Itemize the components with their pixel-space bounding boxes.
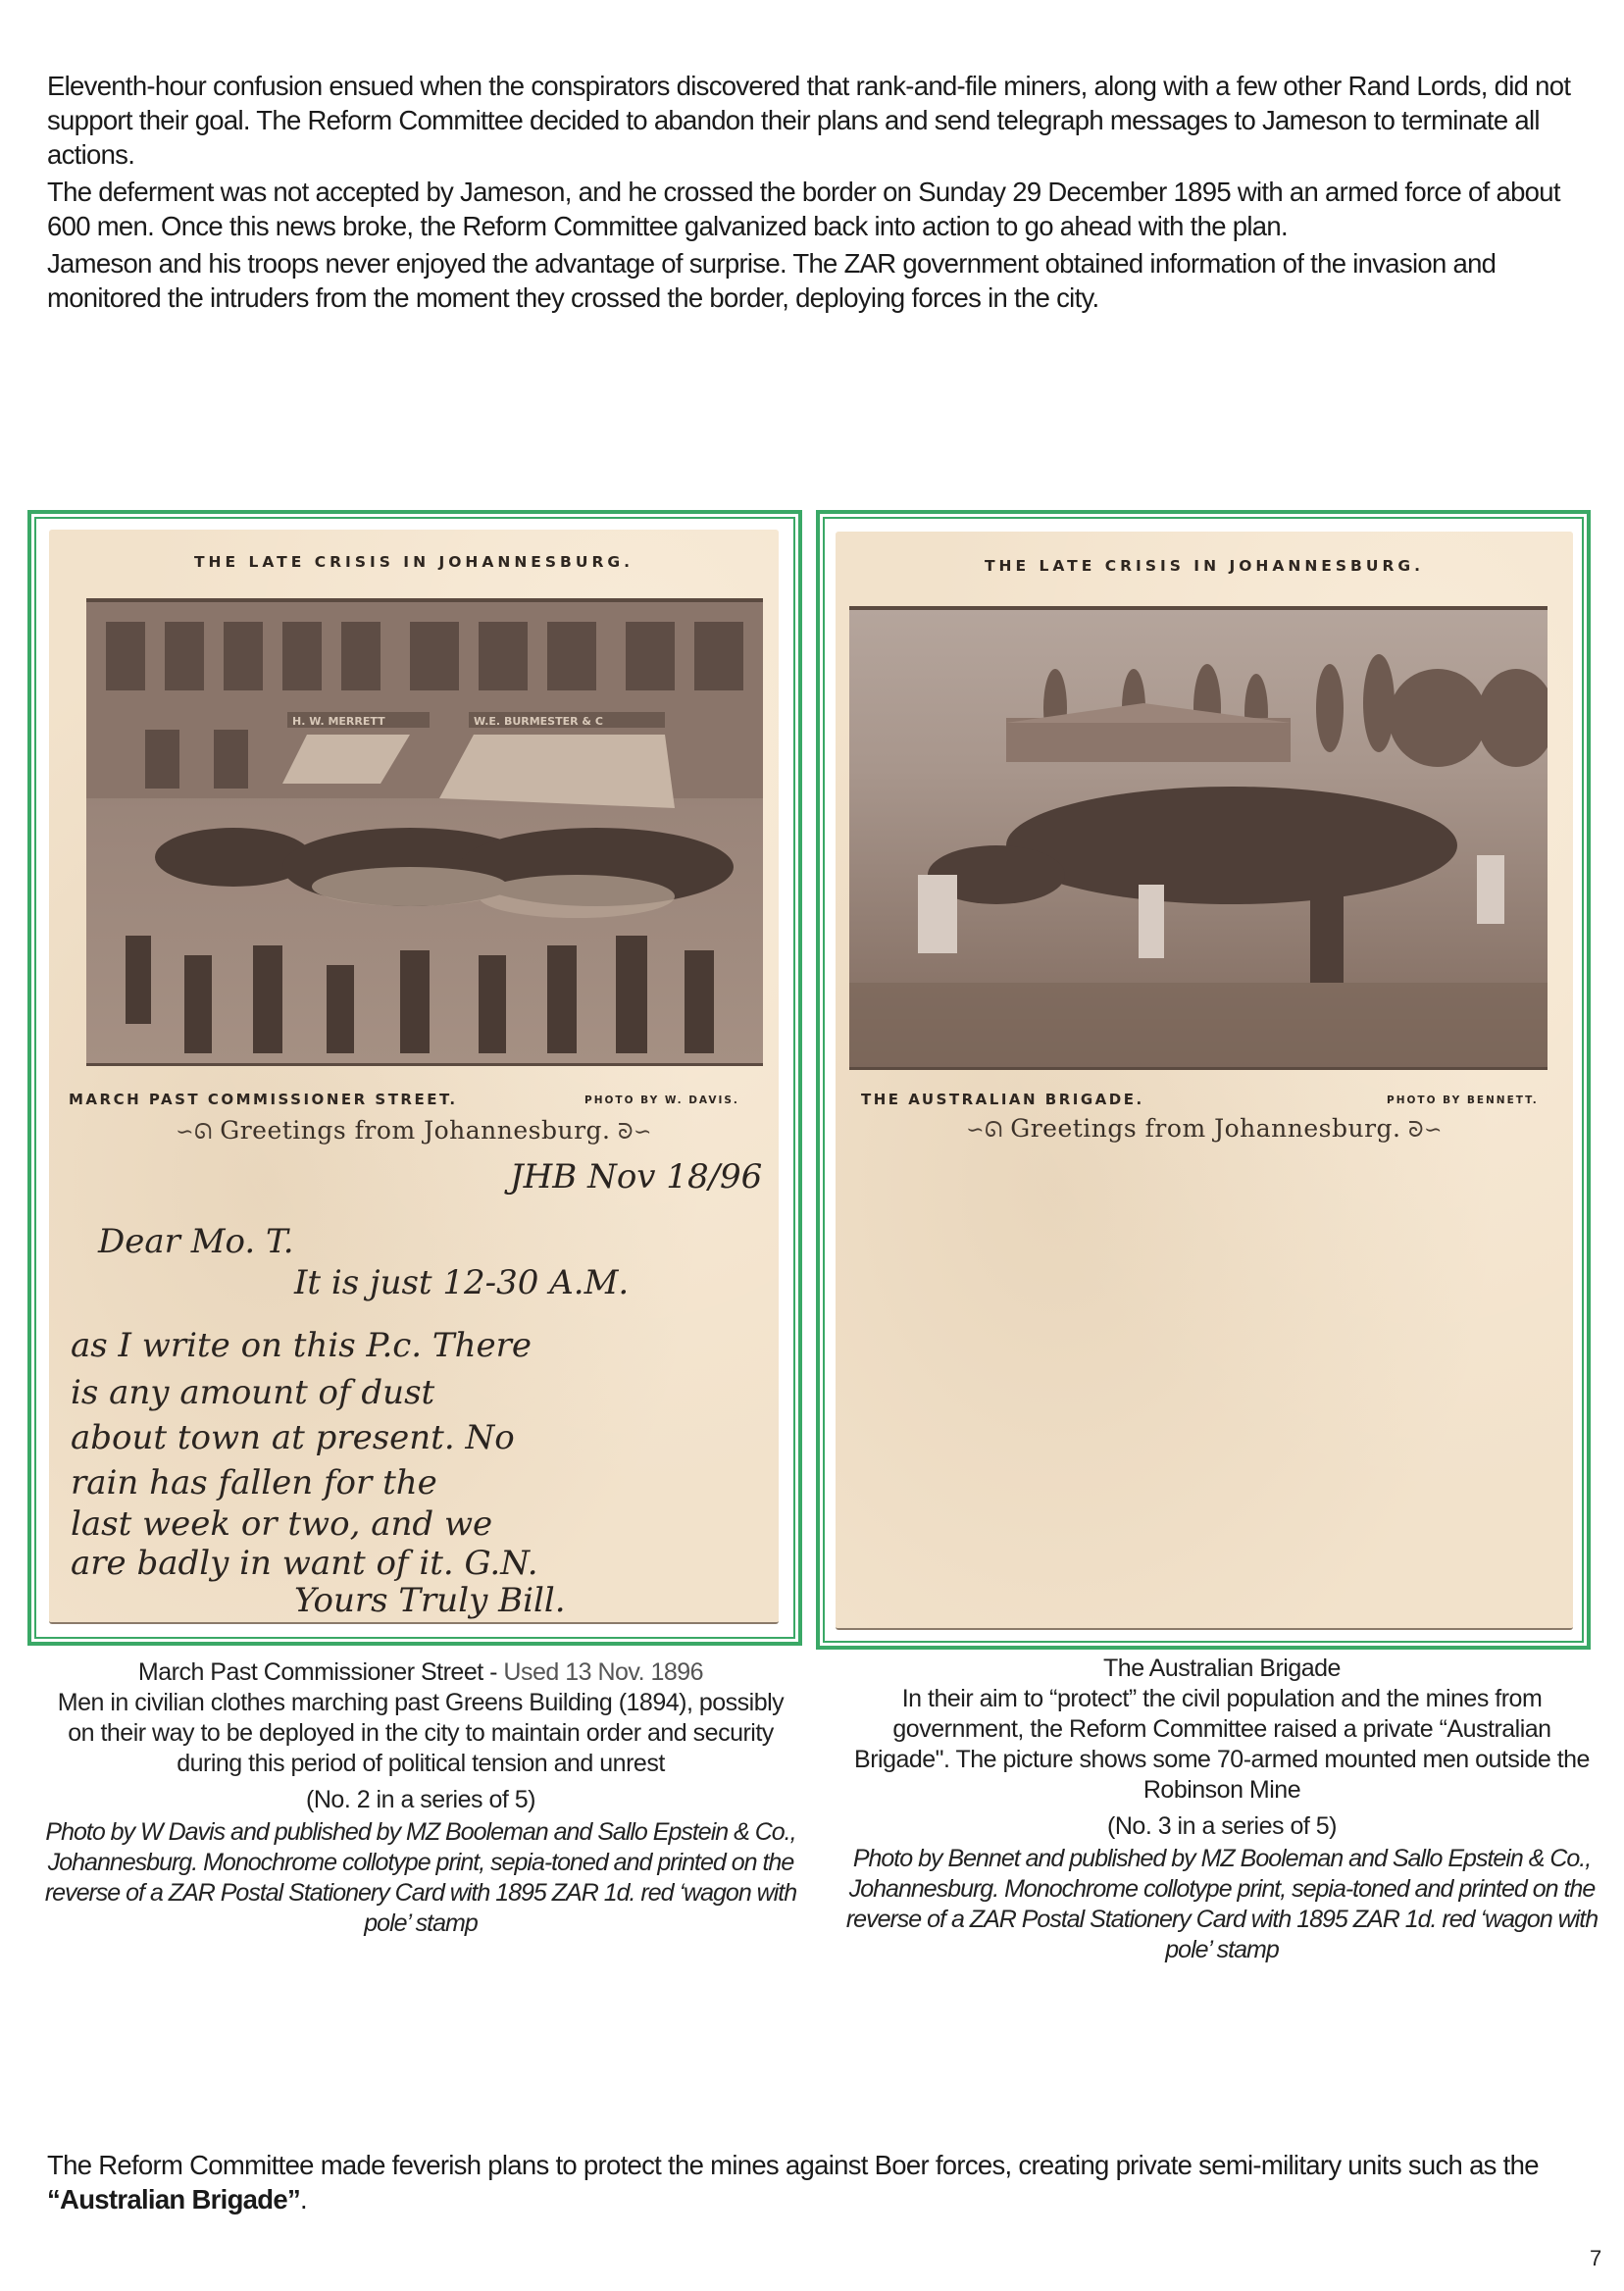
photo-australian-brigade [849,606,1548,1070]
photo-image: H. W. MERRETT W.E. BURMESTER & C [86,602,763,1063]
used-date: Used 13 Nov. 1896 [503,1658,703,1686]
intro-paragraph: Eleventh-hour confusion ensued when the … [47,69,1597,172]
postcard-caption: THE AUSTRALIAN BRIGADE. [861,1091,1144,1108]
handwritten-line: rain has fallen for the [71,1463,437,1502]
handwritten-signoff: Yours Truly Bill. [294,1581,566,1620]
intro-text: Eleventh-hour confusion ensued when the … [47,69,1597,318]
caption-credit: Photo by Bennet and published by MZ Bool… [843,1844,1600,1965]
ornament-right-icon: ᘐ∽ [1401,1118,1443,1143]
caption-title: The Australian Brigade [843,1654,1600,1684]
caption-description: Men in civilian clothes marching past Gr… [43,1688,798,1779]
handwritten-date: JHB Nov 18/96 [510,1157,762,1196]
postcard-greeting: ∽ᘏ Greetings from Johannesburg. ᘐ∽ [49,1116,779,1145]
handwritten-line: last week or two, and we [71,1504,492,1544]
postcard-credit: PHOTO BY W. DAVIS. [584,1095,739,1106]
postcard-header: THE LATE CRISIS IN JOHANNESBURG. [49,553,779,571]
handwritten-line: is any amount of dust [71,1373,434,1412]
svg-text:H. W. MERRETT: H. W. MERRETT [292,715,385,728]
ornament-left-icon: ∽ᘏ [966,1118,1010,1143]
caption-series: (No. 2 in a series of 5) [43,1785,798,1815]
intro-paragraph: The deferment was not accepted by Jameso… [47,175,1597,243]
photo-march-past: H. W. MERRETT W.E. BURMESTER & C [86,598,763,1066]
handwritten-line: about town at present. No [71,1418,515,1457]
photo-image [849,610,1548,1067]
postcard-australian-brigade: THE LATE CRISIS IN JOHANNESBURG. [836,532,1573,1630]
svg-text:W.E. BURMESTER & C: W.E. BURMESTER & C [474,715,603,728]
page-number: 7 [1590,2246,1601,2271]
caption-march-past: March Past Commissioner Street - Used 13… [43,1657,798,1939]
handwritten-line: as I write on this P.c. There [71,1326,532,1365]
handwritten-line: It is just 12-30 A.M. [294,1263,629,1302]
caption-description: In their aim to “protect” the civil popu… [843,1684,1600,1806]
ornament-left-icon: ∽ᘏ [176,1120,220,1145]
postcard-frame-left: THE LATE CRISIS IN JOHANNESBURG. [27,510,802,1646]
postcard-credit: PHOTO BY BENNETT. [1387,1095,1539,1106]
postcard-caption: MARCH PAST COMMISSIONER STREET. [69,1091,458,1108]
outro-text: The Reform Committee made feverish plans… [47,2148,1577,2216]
handwritten-line: are badly in want of it. G.N. [71,1544,538,1583]
handwritten-salutation: Dear Mo. T. [98,1222,294,1261]
caption-australian-brigade: The Australian Brigade In their aim to “… [843,1654,1600,1965]
postcard-header: THE LATE CRISIS IN JOHANNESBURG. [836,557,1573,575]
postcard-march-past: THE LATE CRISIS IN JOHANNESBURG. [49,530,779,1624]
postcard-greeting: ∽ᘏ Greetings from Johannesburg. ᘐ∽ [836,1114,1573,1143]
caption-credit: Photo by W Davis and published by MZ Boo… [43,1817,798,1939]
caption-series: (No. 3 in a series of 5) [843,1811,1600,1842]
outro-bold-term: “Australian Brigade” [47,2184,300,2215]
postcard-frame-right: THE LATE CRISIS IN JOHANNESBURG. [816,510,1591,1650]
caption-title: March Past Commissioner Street - Used 13… [43,1657,798,1688]
ornament-right-icon: ᘐ∽ [611,1120,652,1145]
intro-paragraph: Jameson and his troops never enjoyed the… [47,246,1597,315]
